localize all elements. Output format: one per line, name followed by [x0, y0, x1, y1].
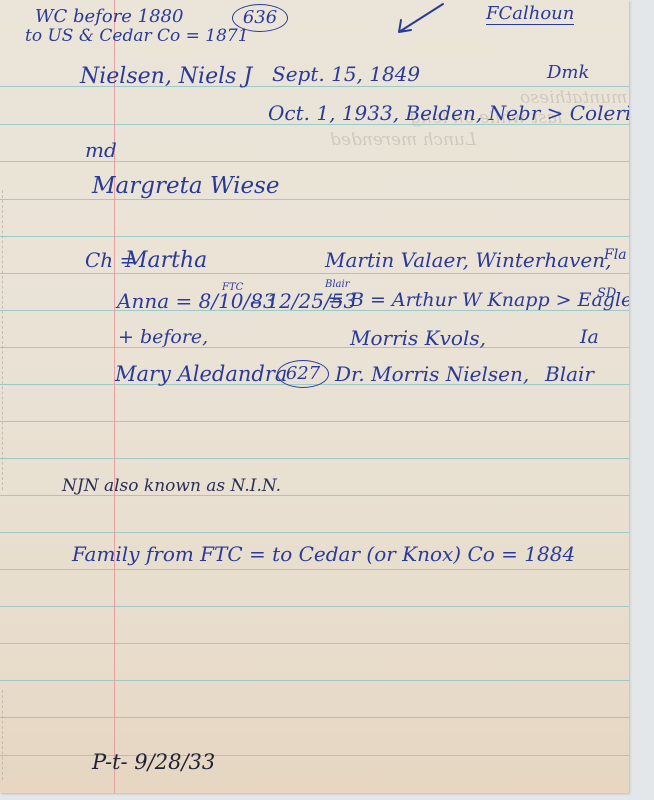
ruled-line [0, 569, 629, 570]
ruled-line [0, 458, 629, 459]
header-note-line1: WC before 1880 [35, 8, 183, 26]
bleed-through-text: Lunch merended [330, 130, 476, 150]
death-date-place: Oct. 1, 1933, Belden, Nebr > Coleridge [268, 103, 629, 123]
child-state: Blair [545, 364, 594, 384]
child-state: Ia [580, 328, 599, 347]
aka-note: NJN also known as N.I.N. [62, 478, 281, 495]
subject-name: Nielsen, Niels J [80, 66, 252, 88]
ruled-line [0, 680, 629, 681]
child-spouse-residence: Dr. Morris Nielsen, [335, 364, 529, 384]
ruled-line [0, 606, 629, 607]
spouse-name: Margreta Wiese [92, 175, 279, 198]
ruled-line [0, 199, 629, 200]
birth-place-superscript: FTC [222, 283, 243, 293]
check-arrow-icon [395, 2, 445, 34]
ruled-line [0, 236, 629, 237]
child-spouse-residence: = B = Arthur W Knapp > Eagle Butte [328, 291, 629, 310]
margin-line [114, 0, 115, 793]
child-name: Martha [125, 250, 207, 272]
ruled-line [0, 643, 629, 644]
birth-place: Dmk [547, 64, 589, 82]
record-number-circled: 636 [232, 4, 288, 32]
married-label: md [85, 140, 117, 160]
ruled-line [0, 421, 629, 422]
header-note-line2: to US & Cedar Co = 1871 [25, 28, 249, 45]
ruled-line [0, 347, 629, 348]
child-spouse-residence: Morris Kvols, [350, 328, 486, 348]
birth-date: Sept. 15, 1849 [272, 64, 420, 84]
child-state: Fla [604, 248, 627, 262]
torn-perforation-edge [2, 690, 9, 780]
scanned-document: muntathieso last while on leng Lunch mer… [0, 0, 654, 800]
child-name: Mary Aledandra [115, 364, 287, 385]
footer-date-note: P-t- 9/28/33 [92, 752, 215, 773]
torn-perforation-edge [2, 190, 9, 490]
ruled-line [0, 273, 629, 274]
ruled-line [0, 717, 629, 718]
child-spouse-residence: Martin Valaer, Winterhaven, [325, 250, 612, 270]
family-origin-note: Family from FTC = to Cedar (or Knox) Co … [72, 544, 575, 564]
lined-paper: muntathieso last while on leng Lunch mer… [0, 0, 629, 793]
record-ref-circled: 627 [277, 360, 329, 388]
child-state: SD [597, 287, 616, 300]
ruled-line [0, 532, 629, 533]
child-name: + before, [118, 328, 208, 347]
author-name: FCalhoun [486, 5, 574, 25]
